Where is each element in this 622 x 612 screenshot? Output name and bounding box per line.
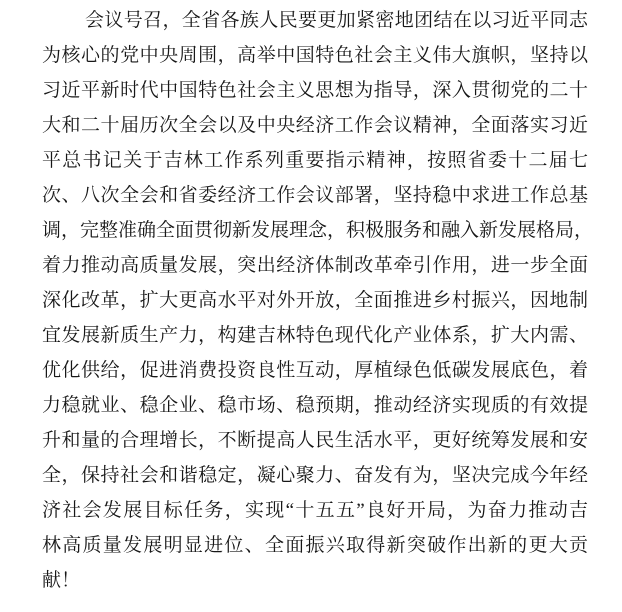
text-line: 宜发展新质生产力，构建吉林特色现代化产业体系，扩大内需、: [42, 318, 588, 353]
text-line: 着力推动高质量发展，突出经济体制改革牵引作用，进一步全面: [42, 248, 588, 283]
text-line: 升和量的合理增长，不断提高人民生活水平，更好统筹发展和安: [42, 423, 588, 458]
text-line: 习近平新时代中国特色社会主义思想为指导，深入贯彻党的二十: [42, 73, 588, 108]
text-line: 林高质量发展明显进位、全面振兴取得新突破作出新的更大贡: [42, 528, 588, 563]
text-line: 平总书记关于吉林工作系列重要指示精神，按照省委十二届七: [42, 143, 588, 178]
text-line: 深化改革，扩大更高水平对外开放，全面推进乡村振兴，因地制: [42, 283, 588, 318]
document-page: 会议号召，全省各族人民要更加紧密地团结在以习近平同志 为核心的党中央周围，高举中…: [0, 0, 622, 612]
text-line: 为核心的党中央周围，高举中国特色社会主义伟大旗帜，坚持以: [42, 38, 588, 73]
text-line: 全，保持社会和谐稳定，凝心聚力、奋发有为，坚决完成今年经: [42, 458, 588, 493]
text-line: 调，完整准确全面贯彻新发展理念，积极服务和融入新发展格局，: [42, 213, 588, 248]
text-line: 优化供给，促进消费投资良性互动，厚植绿色低碳发展底色，着: [42, 353, 588, 388]
text-line: 力稳就业、稳企业、稳市场、稳预期，推动经济实现质的有效提: [42, 388, 588, 423]
paragraph: 会议号召，全省各族人民要更加紧密地团结在以习近平同志 为核心的党中央周围，高举中…: [42, 3, 588, 598]
text-line: 大和二十届历次全会以及中央经济工作会议精神，全面落实习近: [42, 108, 588, 143]
text-line: 次、八次全会和省委经济工作会议部署，坚持稳中求进工作总基: [42, 178, 588, 213]
text-line: 会议号召，全省各族人民要更加紧密地团结在以习近平同志: [42, 3, 588, 38]
text-line: 献！: [42, 563, 588, 598]
text-line: 济社会发展目标任务，实现“十五五”良好开局，为奋力推动吉: [42, 493, 588, 528]
